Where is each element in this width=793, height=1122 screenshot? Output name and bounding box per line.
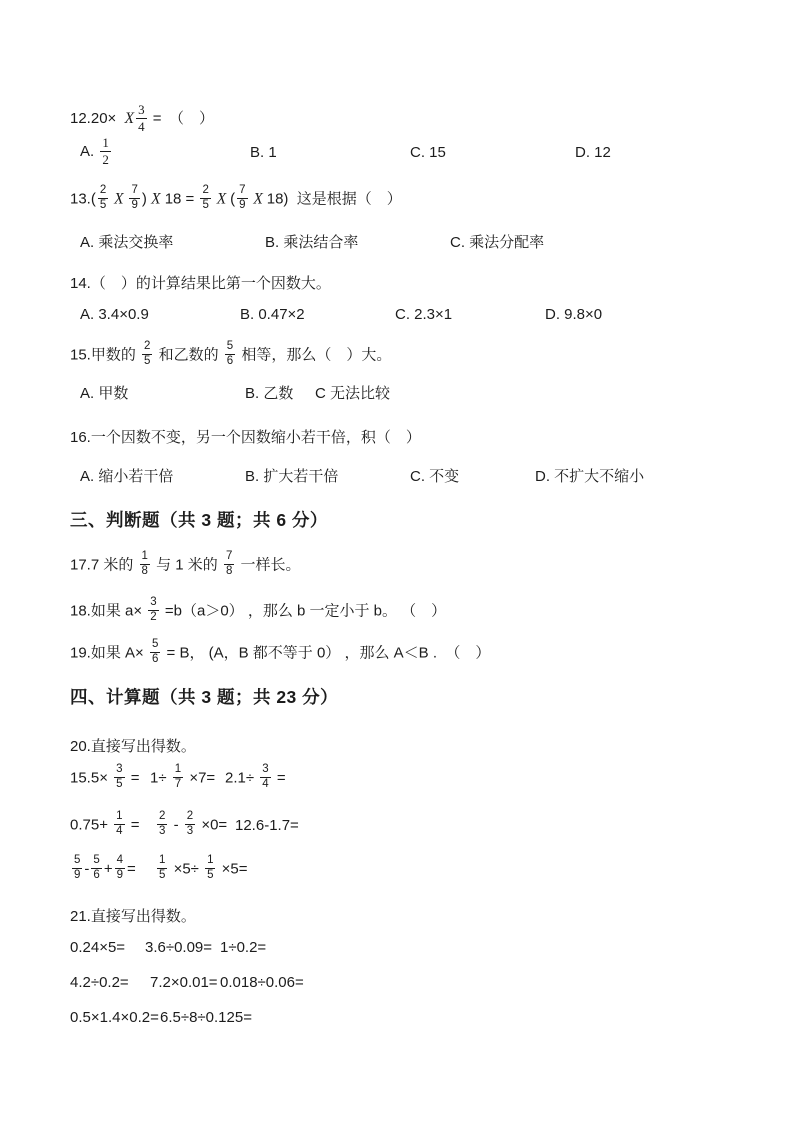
option-12-b: B. 1 bbox=[250, 144, 410, 161]
math-variable: X bbox=[110, 190, 127, 207]
fraction: 49 bbox=[115, 854, 125, 883]
fraction: 56 bbox=[91, 854, 101, 883]
calc-expression: 15 ×5÷ 15 ×5= bbox=[155, 855, 248, 884]
fraction: 23 bbox=[157, 810, 167, 839]
option-15-b: B. 乙数 bbox=[245, 382, 315, 403]
question-21-label: 21.直接写出得数。 bbox=[70, 905, 196, 926]
question-20-label: 20.直接写出得数。 bbox=[70, 735, 196, 756]
question-20-row-1: 15.5× 35 =1÷ 17 ×7=2.1÷ 34 = bbox=[70, 764, 286, 793]
option-16-d: D. 不扩大不缩小 bbox=[535, 465, 644, 486]
fraction: 25 bbox=[142, 340, 152, 369]
fraction: 14 bbox=[114, 810, 124, 839]
question-21-row-3: 0.5×1.4×0.2=6.5÷8÷0.125= bbox=[70, 1008, 252, 1026]
calc-expression: 23 - 23 ×0= bbox=[155, 811, 235, 840]
calc-expression: 15.5× 35 = bbox=[70, 764, 150, 793]
question-18: 18.如果 a× 32 =b（a＞0） ，那么 b 一定小于 b。 （ ） bbox=[70, 597, 446, 626]
calc-expression: 12.6-1.7= bbox=[235, 817, 299, 834]
option-14-a: A. 3.4×0.9 bbox=[80, 306, 240, 323]
calc-expression: 1÷0.2= bbox=[220, 939, 266, 956]
fraction: 59 bbox=[72, 854, 82, 883]
fraction: 32 bbox=[148, 596, 158, 625]
question-20-row-3: 59-56+49=15 ×5÷ 15 ×5= bbox=[70, 855, 248, 884]
question-17: 17.7 米的 18 与 1 米的 78 一样长。 bbox=[70, 551, 301, 580]
fraction: 56 bbox=[225, 340, 235, 369]
question-19: 19.如果 A× 56 = B， (A，B 都不等于 0） ，那么 A＜B . … bbox=[70, 639, 490, 668]
fraction: 15 bbox=[157, 854, 167, 883]
option-15-c: C 无法比较 bbox=[315, 382, 390, 403]
calc-expression: 3.6÷0.09= bbox=[145, 939, 220, 956]
fraction: 17 bbox=[173, 763, 183, 792]
worksheet-page: 12.20× X34 = （ ） A. 12B. 1C. 15D. 12 13.… bbox=[0, 0, 793, 1122]
calc-expression: 0.018÷0.06= bbox=[220, 974, 304, 991]
fraction: 25 bbox=[200, 184, 210, 213]
question-21-row-1: 0.24×5=3.6÷0.09=1÷0.2= bbox=[70, 938, 266, 956]
question-21-row-2: 4.2÷0.2=7.2×0.01=0.018÷0.06= bbox=[70, 973, 304, 991]
question-16-stem: 16.一个因数不变，另一个因数缩小若干倍，积（ ） bbox=[70, 426, 421, 447]
option-14-c: C. 2.3×1 bbox=[395, 306, 545, 323]
section-calculation-heading: 四、计算题（共 3 题；共 23 分） bbox=[70, 684, 338, 709]
option-16-a: A. 缩小若干倍 bbox=[80, 465, 245, 486]
question-14-options: A. 3.4×0.9B. 0.47×2C. 2.3×1D. 9.8×0 bbox=[80, 305, 602, 323]
option-16-b: B. 扩大若干倍 bbox=[245, 465, 410, 486]
fraction: 79 bbox=[237, 184, 247, 213]
fraction: 56 bbox=[150, 638, 160, 667]
calc-expression: 1÷ 17 ×7= bbox=[150, 764, 225, 793]
option-14-d: D. 9.8×0 bbox=[545, 306, 602, 323]
math-variable: X bbox=[125, 110, 134, 127]
calc-expression: 6.5÷8÷0.125= bbox=[160, 1009, 252, 1026]
calc-expression: 4.2÷0.2= bbox=[70, 974, 150, 991]
option-12-c: C. 15 bbox=[410, 144, 575, 161]
fraction: 25 bbox=[98, 184, 108, 213]
option-12-a: A. 12 bbox=[80, 136, 250, 168]
fraction: 18 bbox=[140, 550, 150, 579]
calc-expression: 2.1÷ 34 = bbox=[225, 764, 286, 793]
math-variable: X bbox=[151, 190, 160, 207]
fraction: 23 bbox=[185, 810, 195, 839]
question-12-stem: 12.20× X34 = （ ） bbox=[70, 103, 214, 135]
question-20-row-2: 0.75+ 14 =23 - 23 ×0=12.6-1.7= bbox=[70, 811, 299, 840]
calc-expression: 0.5×1.4×0.2= bbox=[70, 1009, 160, 1026]
question-13-options: A. 乘法交换率B. 乘法结合率C. 乘法分配率 bbox=[80, 231, 544, 252]
fraction: 15 bbox=[205, 854, 215, 883]
question-15-stem: 15.甲数的 25 和乙数的 56 相等，那么（ ）大。 bbox=[70, 341, 391, 370]
fraction: 35 bbox=[114, 763, 124, 792]
question-12-options: A. 12B. 1C. 15D. 12 bbox=[80, 136, 611, 168]
math-variable: X bbox=[250, 190, 267, 207]
question-15-options: A. 甲数B. 乙数C 无法比较 bbox=[80, 382, 390, 403]
option-13-b: B. 乘法结合率 bbox=[265, 231, 450, 252]
fraction: 79 bbox=[129, 184, 139, 213]
fraction: 78 bbox=[224, 550, 234, 579]
option-16-c: C. 不变 bbox=[410, 465, 535, 486]
question-13-stem: 13.(25 X 79) X 18 = 25 X (79 X 18) 这是根据（… bbox=[70, 185, 402, 214]
calc-expression: 7.2×0.01= bbox=[150, 974, 220, 991]
section-judgment-heading: 三、判断题（共 3 题；共 6 分） bbox=[70, 507, 328, 532]
fraction: 34 bbox=[136, 102, 147, 134]
option-15-a: A. 甲数 bbox=[80, 382, 245, 403]
calc-expression: 59-56+49= bbox=[70, 855, 155, 884]
option-13-c: C. 乘法分配率 bbox=[450, 231, 544, 252]
option-13-a: A. 乘法交换率 bbox=[80, 231, 265, 252]
math-variable: X bbox=[213, 190, 230, 207]
fraction: 34 bbox=[260, 763, 270, 792]
question-16-options: A. 缩小若干倍B. 扩大若干倍C. 不变D. 不扩大不缩小 bbox=[80, 465, 644, 486]
option-12-d: D. 12 bbox=[575, 144, 611, 161]
fraction: 12 bbox=[100, 135, 111, 167]
question-14-stem: 14.（ ）的计算结果比第一个因数大。 bbox=[70, 272, 331, 293]
calc-expression: 0.24×5= bbox=[70, 939, 145, 956]
calc-expression: 0.75+ 14 = bbox=[70, 811, 155, 840]
option-14-b: B. 0.47×2 bbox=[240, 306, 395, 323]
